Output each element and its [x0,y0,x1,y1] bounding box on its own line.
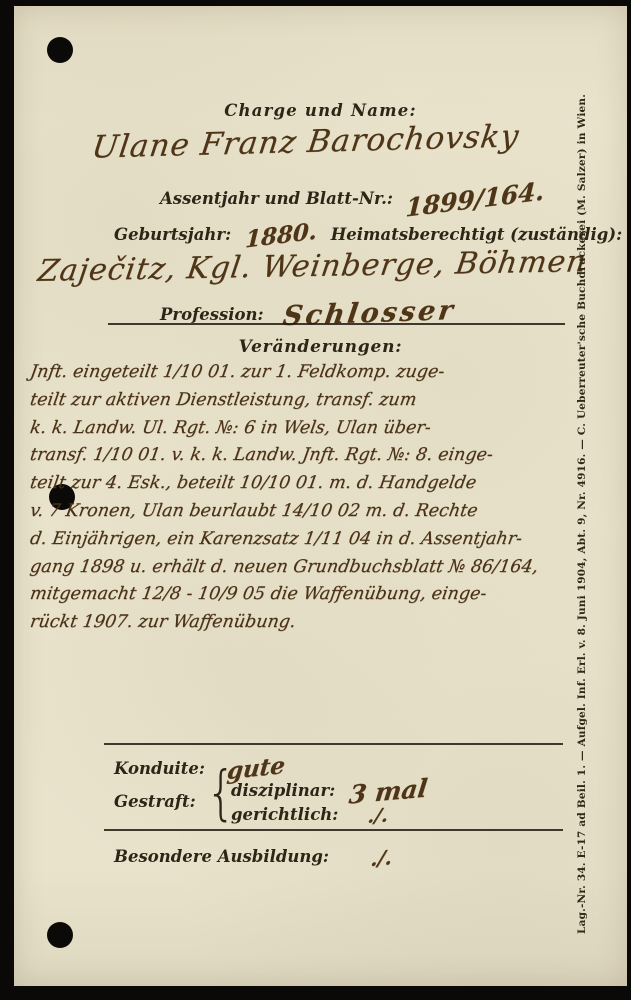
veraenderungen-line: v. 7 Kronen, Ulan beurlaubt 14/10 02 m. … [28,498,588,526]
assentjahr-value: 1899/164. [404,176,544,222]
geburtsjahr-label: Geburtsjahr: [114,225,231,244]
hole-punch-top [47,37,73,63]
heimatsberechtigt-value: Zaječitz, Kgl. Weinberge, Böhmen [36,244,590,289]
veraenderungen-line: mitgemacht 12/8 - 10/9 05 die Waffenübun… [28,581,588,609]
veraenderungen-heading: Veränderungen: [14,337,627,357]
charge-name-label: Charge und Name: [14,101,627,120]
disziplinar-row: disziplinar: 3 mal [231,777,427,806]
divider-konduite [104,743,563,745]
gestraft-label: Gestraft: [114,792,196,811]
veraenderungen-line: teilt zur 4. Esk., beteilt 10/10 01. m. … [28,470,588,498]
gerichtlich-label: gerichtlich: [231,805,338,824]
divider-ausbildung [104,829,563,831]
profession-value: Schlosser [281,295,458,332]
gerichtlich-value: ./. [367,804,390,828]
veraenderungen-line: teilt zur aktiven Dienstleistung, transf… [28,387,588,415]
veraenderungen-entries: Jnft. eingeteilt 1/10 01. zur 1. Feldkom… [30,359,586,637]
assentjahr-row: Assentjahr und Blatt-Nr.: 1899/164. [160,185,544,214]
veraenderungen-line: k. k. Landw. Ul. Rgt. №: 6 in Wels, Ulan… [28,415,588,443]
veraenderungen-line: gang 1898 u. erhält d. neuen Grundbuchsb… [28,554,588,582]
konduite-label: Konduite: [114,759,205,778]
veraenderungen-line: transf. 1/10 01. v. k. k. Landw. Jnft. R… [28,442,588,470]
gerichtlich-row: gerichtlich: ./. [231,805,388,827]
document-paper: Charge und Name: Ulane Franz Barochovsky… [14,6,627,986]
veraenderungen-line: rückt 1907. zur Waffenübung. [28,609,588,637]
veraenderungen-line: Jnft. eingeteilt 1/10 01. zur 1. Feldkom… [28,359,588,387]
printer-margin-note: Lag.-Nr. 34. E-17 ad Beil. 1. — Aufgel. … [576,34,588,934]
besondere-ausbildung-label: Besondere Ausbildung: [114,847,329,866]
charge-name-value: Ulane Franz Barochovsky [90,118,522,165]
assentjahr-label: Assentjahr und Blatt-Nr.: [160,189,393,208]
disziplinar-label: disziplinar: [231,781,335,800]
divider-top [108,323,565,325]
veraenderungen-line: d. Einjährigen, ein Karenzsatz 1/11 04 i… [28,526,588,554]
profession-label: Profession: [160,305,264,324]
besondere-ausbildung-row: Besondere Ausbildung: ./. [114,846,392,870]
scanned-military-record: { "document": { "fields": { "charge_labe… [0,0,631,1000]
hole-punch-bottom [47,922,73,948]
besondere-ausbildung-value: ./. [369,845,393,871]
